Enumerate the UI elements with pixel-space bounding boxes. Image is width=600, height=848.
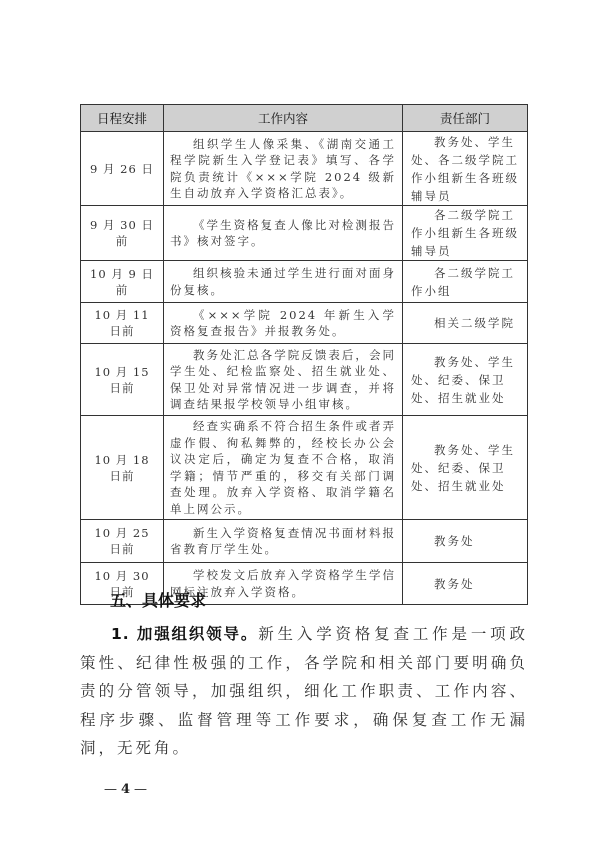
paragraph-body: 新生入学资格复查工作是一项政策性、纪律性极强的工作，各学院和相关部门要明确负责的… (80, 625, 528, 757)
row-date: 9 月 30 日前 (81, 206, 164, 261)
table-header-row: 日程安排 工作内容 责任部门 (81, 105, 528, 132)
row-date: 10 月 25 日前 (81, 520, 164, 563)
section-heading: 五、具体要求 (110, 588, 206, 611)
header-date: 日程安排 (81, 105, 164, 132)
row-date: 9 月 26 日 (81, 132, 164, 206)
row-content: 经查实确系不符合招生条件或者弄虚作假、徇私舞弊的，经校长办公会议决定后，确定为复… (164, 416, 403, 520)
row-date: 10 月 18 日前 (81, 416, 164, 520)
row-content: 组织学生人像采集、《湖南交通工程学院新生入学登记表》填写、各学院负责统计《×××… (164, 132, 403, 206)
row-content: 组织核验未通过学生进行面对面身份复核。 (164, 261, 403, 303)
table-row: 9 月 26 日 组织学生人像采集、《湖南交通工程学院新生入学登记表》填写、各学… (81, 132, 528, 206)
row-dept: 教务处、学生处、纪委、保卫处、招生就业处 (403, 416, 528, 520)
dash-right: — (134, 782, 147, 797)
table-row: 10 月 15 日前 教务处汇总各学院反馈表后，会同学生处、纪检监察处、招生就业… (81, 344, 528, 416)
row-dept: 各二级学院工作小组 (403, 261, 528, 303)
table-row: 9 月 30 日前 《学生资格复查人像比对检测报告书》核对签字。 各二级学院工作… (81, 206, 528, 261)
row-dept: 教务处 (403, 520, 528, 563)
row-dept: 相关二级学院 (403, 303, 528, 344)
body-paragraph: 1. 加强组织领导。新生入学资格复查工作是一项政策性、纪律性极强的工作，各学院和… (80, 620, 528, 763)
row-dept: 教务处、学生处、各二级学院工作小组新生各班级辅导员 (403, 132, 528, 206)
row-dept: 教务处 (403, 563, 528, 605)
row-date: 10 月 11 日前 (81, 303, 164, 344)
table-row: 10 月 9 日前 组织核验未通过学生进行面对面身份复核。 各二级学院工作小组 (81, 261, 528, 303)
dash-left: — (104, 782, 117, 797)
table-row: 10 月 18 日前 经查实确系不符合招生条件或者弄虚作假、徇私舞弊的，经校长办… (81, 416, 528, 520)
page-footer: —4— (104, 782, 147, 797)
paragraph-lead: 1. 加强组织领导。 (111, 625, 258, 643)
schedule-table: 日程安排 工作内容 责任部门 9 月 26 日 组织学生人像采集、《湖南交通工程… (80, 104, 528, 605)
row-content: 《×××学院 2024 年新生入学资格复查报告》并报教务处。 (164, 303, 403, 344)
row-content: 《学生资格复查人像比对检测报告书》核对签字。 (164, 206, 403, 261)
header-content: 工作内容 (164, 105, 403, 132)
row-dept: 各二级学院工作小组新生各班级辅导员 (403, 206, 528, 261)
row-content: 新生入学资格复查情况书面材料报省教育厅学生处。 (164, 520, 403, 563)
table-row: 10 月 25 日前 新生入学资格复查情况书面材料报省教育厅学生处。 教务处 (81, 520, 528, 563)
row-date: 10 月 9 日前 (81, 261, 164, 303)
row-date: 10 月 15 日前 (81, 344, 164, 416)
header-dept: 责任部门 (403, 105, 528, 132)
table-row: 10 月 11 日前 《×××学院 2024 年新生入学资格复查报告》并报教务处… (81, 303, 528, 344)
row-dept: 教务处、学生处、纪委、保卫处、招生就业处 (403, 344, 528, 416)
page-number: 4 (117, 782, 134, 797)
row-content: 教务处汇总各学院反馈表后，会同学生处、纪检监察处、招生就业处、保卫处对异常情况进… (164, 344, 403, 416)
